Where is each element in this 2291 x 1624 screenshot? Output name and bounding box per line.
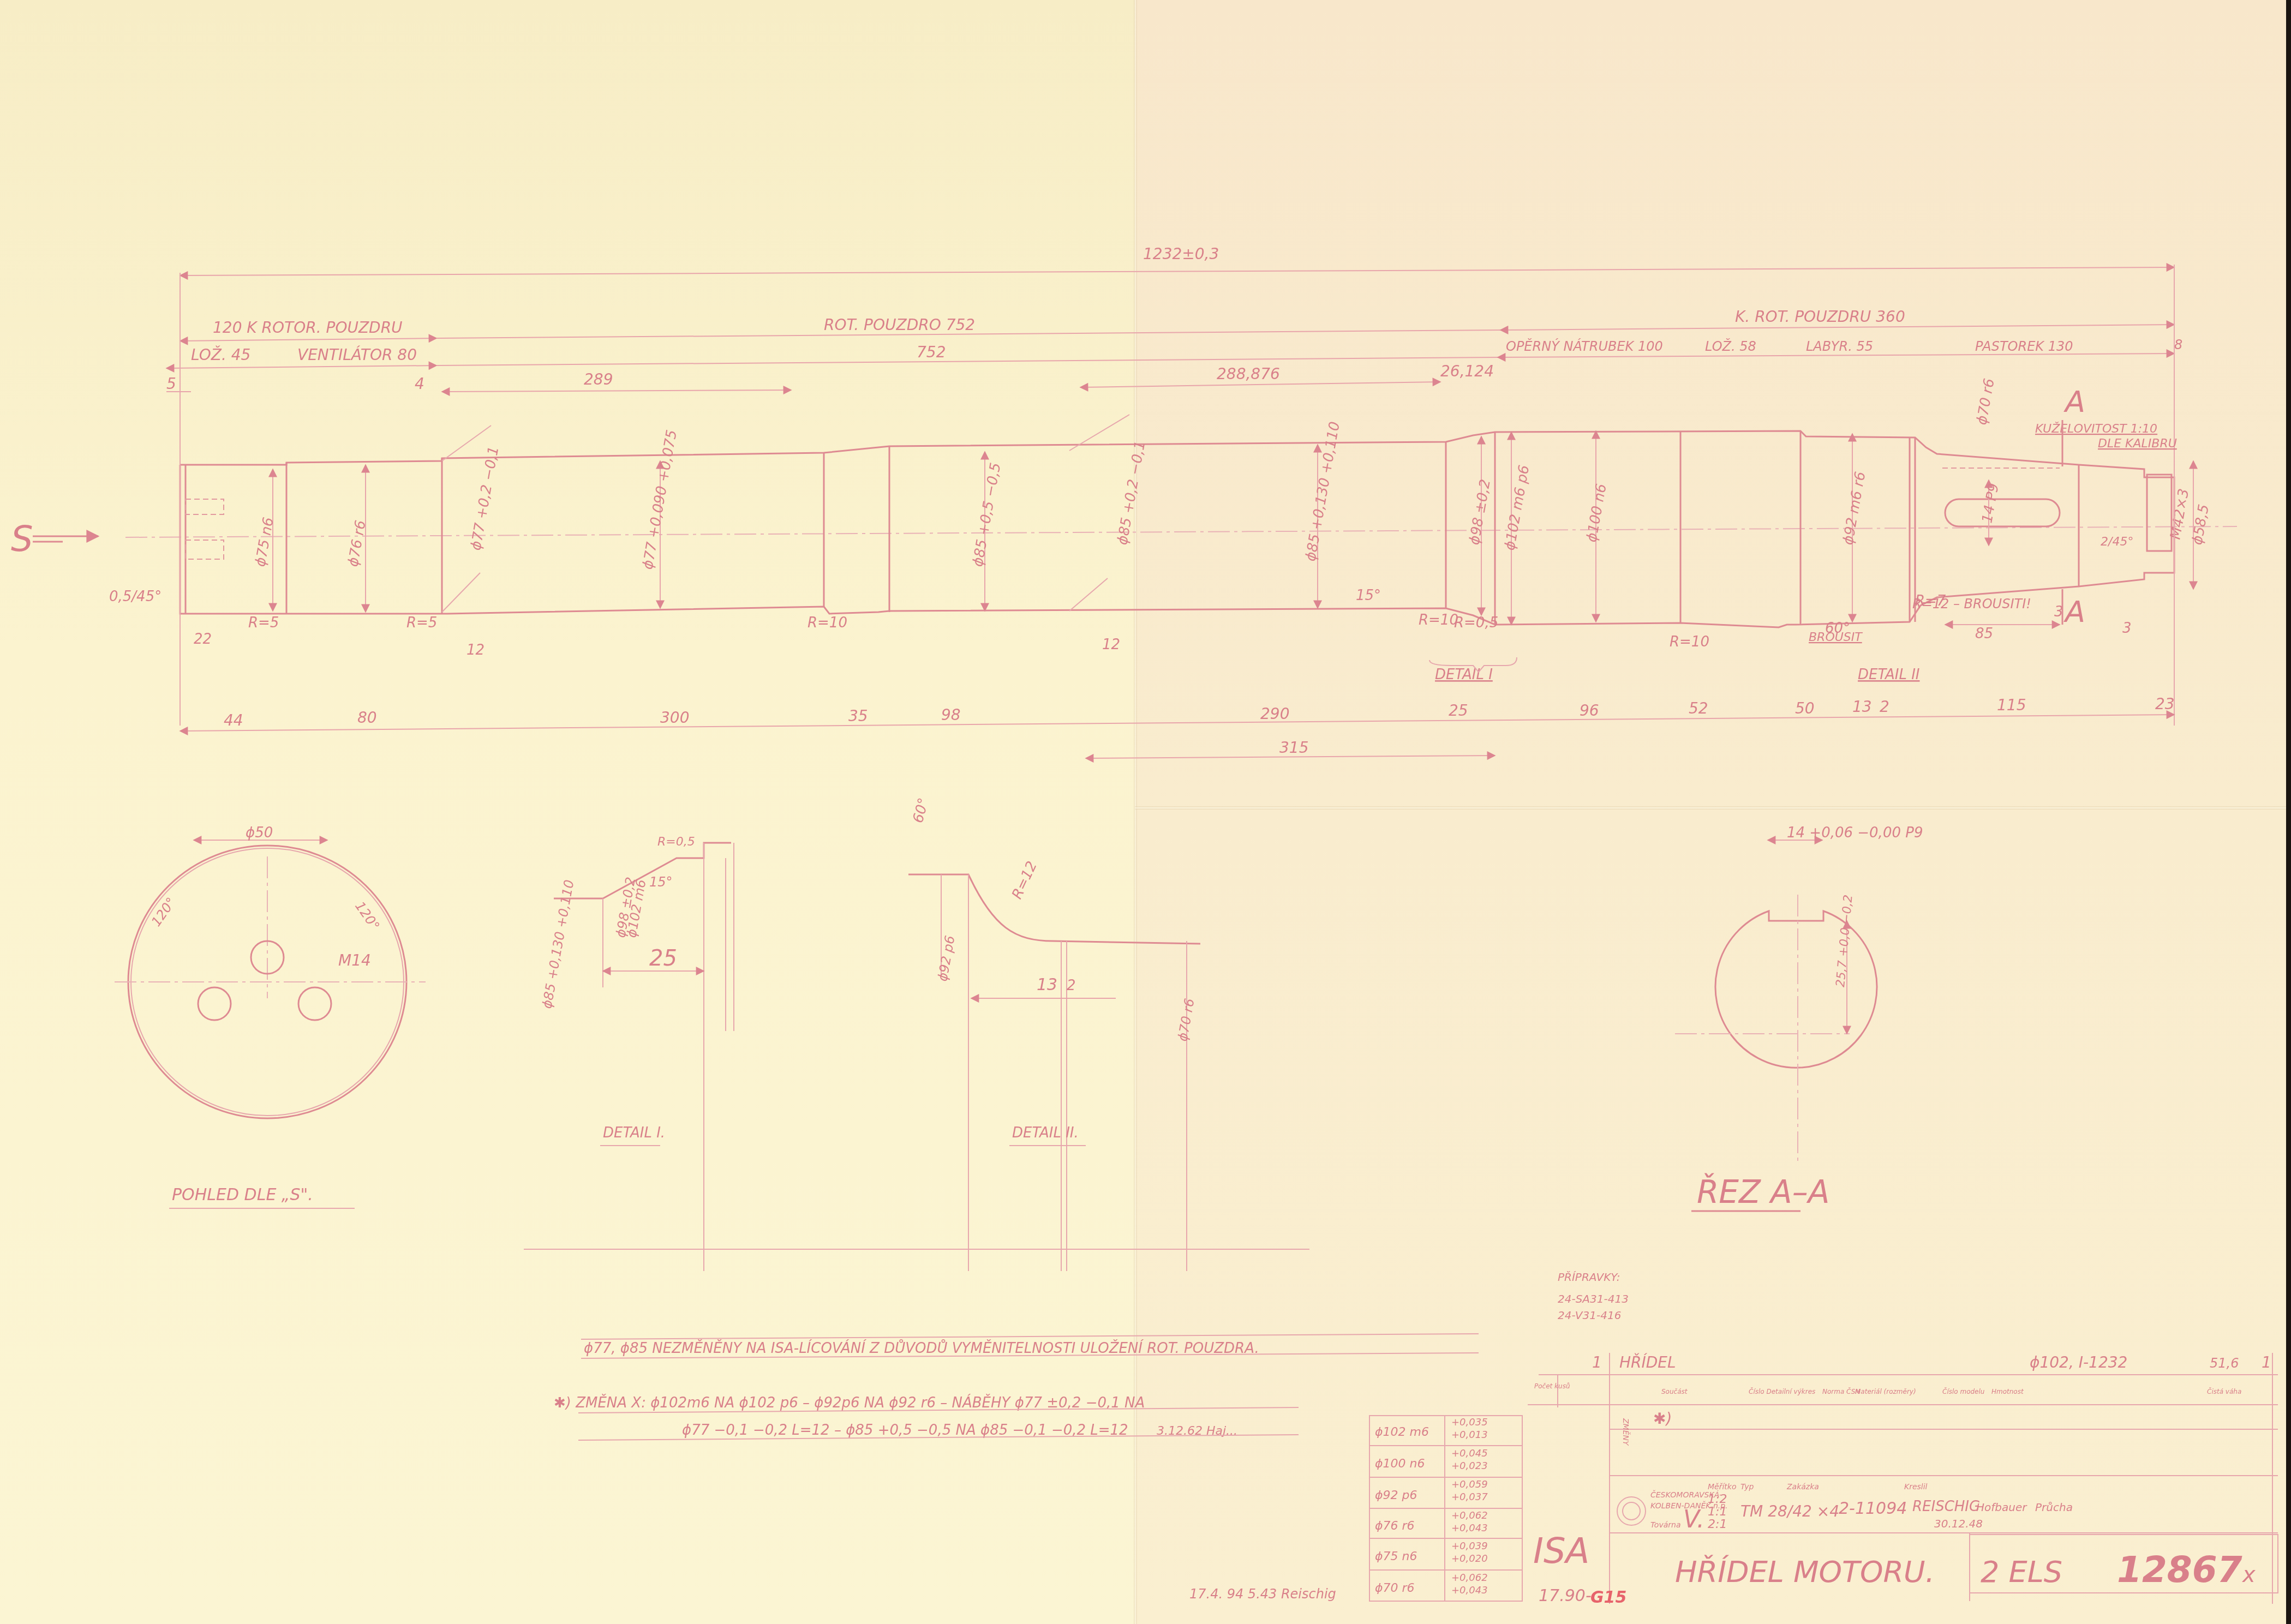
drawing-label: 1232±0,3 <box>1143 245 1219 263</box>
center-hole-bottom <box>186 540 224 559</box>
drawing-label: REISCHIG <box>1912 1499 1980 1515</box>
drawing-label: M14 <box>338 951 371 969</box>
drawing-label: 2 <box>1880 698 1889 716</box>
drawing-label: 80 <box>357 709 377 727</box>
drawing-label: 13 <box>1037 975 1057 994</box>
drawing-label: ϕ76 r6 <box>1375 1519 1415 1533</box>
drawing-label: Hofbauer <box>1976 1501 2027 1514</box>
drawing-label: 50 <box>1795 699 1815 717</box>
center-hole-top <box>186 499 224 514</box>
drawing-label: 24-SA31-413 <box>1558 1292 1629 1305</box>
drawing-label: PŘÍPRAVKY: <box>1558 1271 1620 1284</box>
drawing-label: LOŽ. 45 <box>191 345 250 364</box>
drawing-label: 315 <box>1279 739 1308 757</box>
drawing-label: 288,876 <box>1217 365 1280 383</box>
drawing-label: 23 <box>2155 695 2175 713</box>
drawing-label: ISA <box>1533 1531 1589 1572</box>
drawing-label: ϕ98 ±0,2 <box>1466 478 1494 546</box>
drawing-label: ϕ85 +0,130 +0,110 <box>539 879 577 1010</box>
drawing-label: ϕ77, ϕ85 NEZMĚNĚNY NA ISA-LÍCOVÁNÍ Z DŮV… <box>584 1339 1259 1357</box>
drawing-label: 2 ELS <box>1981 1555 2062 1589</box>
drawing-label: ϕ102 m6 <box>1375 1425 1429 1439</box>
drawing-label: 12 <box>466 642 484 658</box>
tolerance-row: ϕ100 n6 +0,045 +0,023 <box>1375 1448 1488 1472</box>
drawing-label: 60° <box>910 796 932 825</box>
drawing-label: ϕ102, I-1232 <box>2030 1353 2127 1371</box>
detail-1: 25 15° R=0,5 ϕ85 +0,130 +0,110 ϕ98 ±0,2 … <box>524 835 1309 1271</box>
diameter-callouts: ϕ75 n6 ϕ76 r6 ϕ77 +0,2 −0,1 ϕ77 +0,090 +… <box>252 377 2212 625</box>
drawing-label: +0,059 <box>1451 1479 1488 1490</box>
drawing-label: 2/45° <box>2101 535 2133 549</box>
drawing-label: R=10 <box>807 615 847 631</box>
drawing-label: ϕ58,5 <box>2189 503 2212 546</box>
drawing-label: R=0,5 <box>1454 615 1498 631</box>
drawing-label: DETAIL II. <box>1012 1125 1079 1141</box>
section-a-a: 14 +0,06 −0,00 P9 25,7 +0,0 −0,2 ŘEZ A–A <box>1675 825 1923 1211</box>
drawing-label: TM 28/42 ×4 <box>1740 1502 1839 1520</box>
drawing-label: G15 <box>1590 1588 1626 1607</box>
drawing-label: 15° <box>649 874 673 890</box>
drawing-label: 17.4. 94 5.43 Reischig <box>1189 1586 1336 1602</box>
drawing-label: 26,124 <box>1440 362 1494 380</box>
drawing-label: ϕ92 p6 <box>935 934 958 982</box>
drawing-label: ϕ85 +0,2 −0,1 <box>1114 440 1149 546</box>
drawing-label: A <box>2063 385 2085 419</box>
drawing-label: +0,043 <box>1451 1585 1488 1596</box>
drawing-label: 289 <box>584 370 613 388</box>
drawing-label: 14 +0,06 −0,00 P9 <box>1787 825 1923 841</box>
drawing-label: DETAIL I. <box>603 1125 665 1141</box>
drawing-label: 120 K ROTOR. POUZDRU <box>213 319 403 337</box>
drawing-label: BROUSIT <box>1809 631 1863 644</box>
drawing-label: R=10 <box>1670 634 1709 650</box>
drawing-label: K. ROT. POUZDRU 360 <box>1735 308 1905 326</box>
drawing-label: 44 <box>224 711 243 729</box>
drawing-label: ROT. POUZDRO 752 <box>824 316 975 334</box>
drawing-label: 85 <box>1975 626 1993 642</box>
drawing-label: HŘÍDEL <box>1619 1353 1676 1371</box>
drawing-label: 98 <box>941 706 961 724</box>
drawing-label: 25,7 +0,0 −0,2 <box>1834 894 1856 987</box>
drawing-label: Kreslil <box>1904 1483 1928 1491</box>
drawing-label: LOŽ. 58 <box>1705 338 1756 354</box>
drawing-label: VENTILÁTOR 80 <box>297 345 417 364</box>
drawing-label: ϕ70 r6 <box>1973 377 1997 427</box>
drawing-label: 1:1 <box>1708 1505 1727 1519</box>
drawing-label: Zakázka <box>1786 1483 1819 1491</box>
detail-2: 13 2 60° R=12 ϕ92 p6 ϕ70 r6 DETAIL II. <box>908 796 1200 1271</box>
drawing-label: 752 <box>917 343 946 361</box>
drawing-label: 24-V31-416 <box>1558 1309 1621 1322</box>
drawing-label: 14 P9 <box>1979 482 2002 525</box>
drawing-label: KUŽELOVITOST 1:10 <box>2035 422 2157 436</box>
drawing-label: +0,035 <box>1451 1417 1488 1428</box>
drawing-label: 52 <box>1689 699 1708 717</box>
drawing-label: x <box>2241 1562 2256 1587</box>
view-s: ϕ50 120° 120° M14 POHLED DLE „S". <box>115 825 426 1208</box>
drawing-label: ϕ70 r6 <box>1375 1581 1415 1595</box>
drawing-label: Číslo modelu <box>1942 1387 1985 1395</box>
drawing-label: ϕ85 +0,5 −0,5 <box>970 462 1004 568</box>
drawing-label: Továrna <box>1650 1521 1680 1530</box>
drawing-label: Hmotnost <box>1991 1388 2024 1395</box>
drawing-label: 35 <box>848 707 868 725</box>
drawing-label: 12 <box>1102 637 1120 653</box>
shaft-annotations: 0,5/45° R=5 R=5 R=10 R=10 R=10 R=0,5 R=7… <box>109 385 2177 683</box>
drawing-label: 13 <box>1852 698 1872 716</box>
drawing-label: 25 <box>649 946 677 971</box>
title-block: 1 HŘÍDEL ϕ102, I-1232 51,6 1 Počet kusů … <box>1528 1353 2278 1607</box>
view-direction-s: S <box>11 519 98 560</box>
drawing-label: 25 <box>1449 702 1468 720</box>
drawing-label: +0,062 <box>1451 1510 1488 1521</box>
drawing-label: R=12 – BROUSITI! <box>1912 596 2031 612</box>
drawing-label: R=5 <box>248 615 279 631</box>
tolerance-row: ϕ75 n6 +0,039 +0,020 <box>1375 1541 1488 1565</box>
drawing-label: 4 <box>415 375 424 393</box>
drawing-label: R=12 <box>1009 859 1040 902</box>
drawing-sheet: S <box>0 0 2291 1624</box>
drawing-label: Číslo Detailní výkres <box>1749 1387 1815 1395</box>
drawing-label: R=5 <box>406 615 437 631</box>
drawing-label: 8 <box>2174 337 2182 352</box>
drawing-label: +0,062 <box>1451 1572 1488 1584</box>
drawing-label: +0,043 <box>1451 1523 1488 1534</box>
drawing-label: +0,020 <box>1451 1553 1488 1565</box>
drawing-label: ZMĚNY <box>1621 1418 1631 1446</box>
drawing-label: LABYR. 55 <box>1806 339 1873 354</box>
drawing-label: Materiál (rozměry) <box>1855 1388 1916 1395</box>
drawing-label: ϕ85 +0,130 +0,110 <box>1302 421 1343 562</box>
drawing-label: S <box>11 519 33 560</box>
drawing-label: Součást <box>1661 1388 1688 1395</box>
drawing-label: 30.12.48 <box>1934 1517 1983 1530</box>
drawing-label: 115 <box>1997 696 2026 714</box>
drawing-label: 51,6 <box>2210 1356 2239 1371</box>
drawing-label: 3 <box>2122 620 2132 637</box>
bolt-hole-right <box>298 987 331 1020</box>
drawing-label: 5 <box>166 375 176 393</box>
bolt-hole-left <box>198 987 231 1020</box>
drawing-label: 1 <box>1592 1353 1602 1371</box>
drawing-label: ✱) <box>1653 1410 1672 1428</box>
drawing-label: ŘEZ A–A <box>1697 1173 1829 1210</box>
drawing-label: ϕ92 p6 <box>1375 1489 1417 1502</box>
tolerance-row: ϕ102 m6 +0,035 +0,013 <box>1375 1417 1488 1441</box>
drawing-label: ϕ100 n6 <box>1583 483 1610 544</box>
drawing-label: 300 <box>660 709 689 727</box>
drawing-label: ϕ100 n6 <box>1375 1457 1425 1471</box>
drawing-label: R=0,5 <box>657 835 695 849</box>
drawing-label: Měřítko <box>1708 1483 1737 1491</box>
drawing-label: HŘÍDEL MOTORU. <box>1675 1555 1935 1589</box>
drawing-label: 22 <box>194 631 212 648</box>
drawing-label: PASTOREK 130 <box>1975 339 2073 354</box>
drawing-label: ϕ50 <box>246 825 273 841</box>
drawing-label: POHLED DLE „S". <box>172 1185 313 1204</box>
drawing-label: 12867 <box>2117 1549 2242 1591</box>
drawing-label: ϕ75 n6 <box>1375 1550 1417 1563</box>
ckd-logo-icon <box>1617 1497 1646 1525</box>
tolerance-row: ϕ70 r6 +0,062 +0,043 <box>1375 1572 1488 1596</box>
drawing-label: +0,023 <box>1451 1460 1488 1472</box>
drawing-label: 0,5/45° <box>109 589 161 605</box>
drawing-label: 2-11094 <box>1839 1499 1907 1518</box>
technical-drawing: S <box>0 0 2291 1624</box>
drawing-label: 1:2 <box>1708 1493 1727 1506</box>
company-logo <box>1617 1497 1646 1525</box>
drawing-label: 96 <box>1580 702 1599 720</box>
tolerance-row: ϕ92 p6 +0,059 +0,037 <box>1375 1479 1488 1503</box>
drawing-label: +0,037 <box>1451 1491 1488 1503</box>
drawing-label: Norma ČSN <box>1822 1387 1860 1395</box>
drawing-label: Počet kusů <box>1534 1382 1570 1390</box>
drawing-label: Čistá váha <box>2207 1387 2241 1395</box>
drawing-label: +0,045 <box>1451 1448 1488 1459</box>
drawing-label: ϕ102 m6 p6 <box>1502 464 1533 552</box>
drawing-label: 17.90- <box>1539 1586 1592 1605</box>
thread-end <box>2147 475 2172 551</box>
drawing-label: ϕ92 m6 r6 <box>1840 470 1869 546</box>
drawing-label: 15° <box>1356 588 1381 604</box>
drawing-label: Typ <box>1740 1483 1754 1491</box>
drawing-label: +0,039 <box>1451 1541 1488 1552</box>
drawing-label: DETAIL II <box>1858 667 1919 683</box>
drawing-label: Průcha <box>2035 1501 2073 1514</box>
drawing-label: R=10 <box>1419 612 1458 628</box>
drawing-label: ✱) ZMĚNA X: ϕ102m6 NA ϕ102 p6 – ϕ92p6 NA… <box>554 1394 1145 1411</box>
drawing-label: OPĚRNÝ NÁTRUBEK 100 <box>1506 338 1663 354</box>
drawing-label: DETAIL I <box>1435 667 1493 683</box>
drawing-label: 290 <box>1260 705 1289 723</box>
drawing-label: 2 <box>1067 978 1076 994</box>
drawing-label: DLE KALIBRU <box>2098 437 2177 451</box>
bottom-dimensions: 44 80 300 35 98 290 25 96 52 50 13 2 115… <box>180 695 2175 758</box>
tolerance-row: ϕ76 r6 +0,062 +0,043 <box>1375 1510 1488 1534</box>
drawing-label: 2:1 <box>1708 1518 1727 1531</box>
keyway-slot <box>1945 499 2060 526</box>
drawing-label: 120° <box>148 895 179 929</box>
drawing-label: V. <box>1683 1506 1704 1533</box>
drawing-label: +0,013 <box>1451 1429 1488 1441</box>
drawing-label: ϕ77 +0,2 −0,1 <box>468 445 502 552</box>
tolerance-table: ϕ102 m6 +0,035 +0,013 ϕ100 n6 +0,045 +0,… <box>1369 1416 1522 1601</box>
drawing-label: 1 <box>2262 1353 2271 1371</box>
drawing-label: A <box>2063 595 2085 629</box>
drawing-label: ϕ70 r6 <box>1175 997 1197 1042</box>
